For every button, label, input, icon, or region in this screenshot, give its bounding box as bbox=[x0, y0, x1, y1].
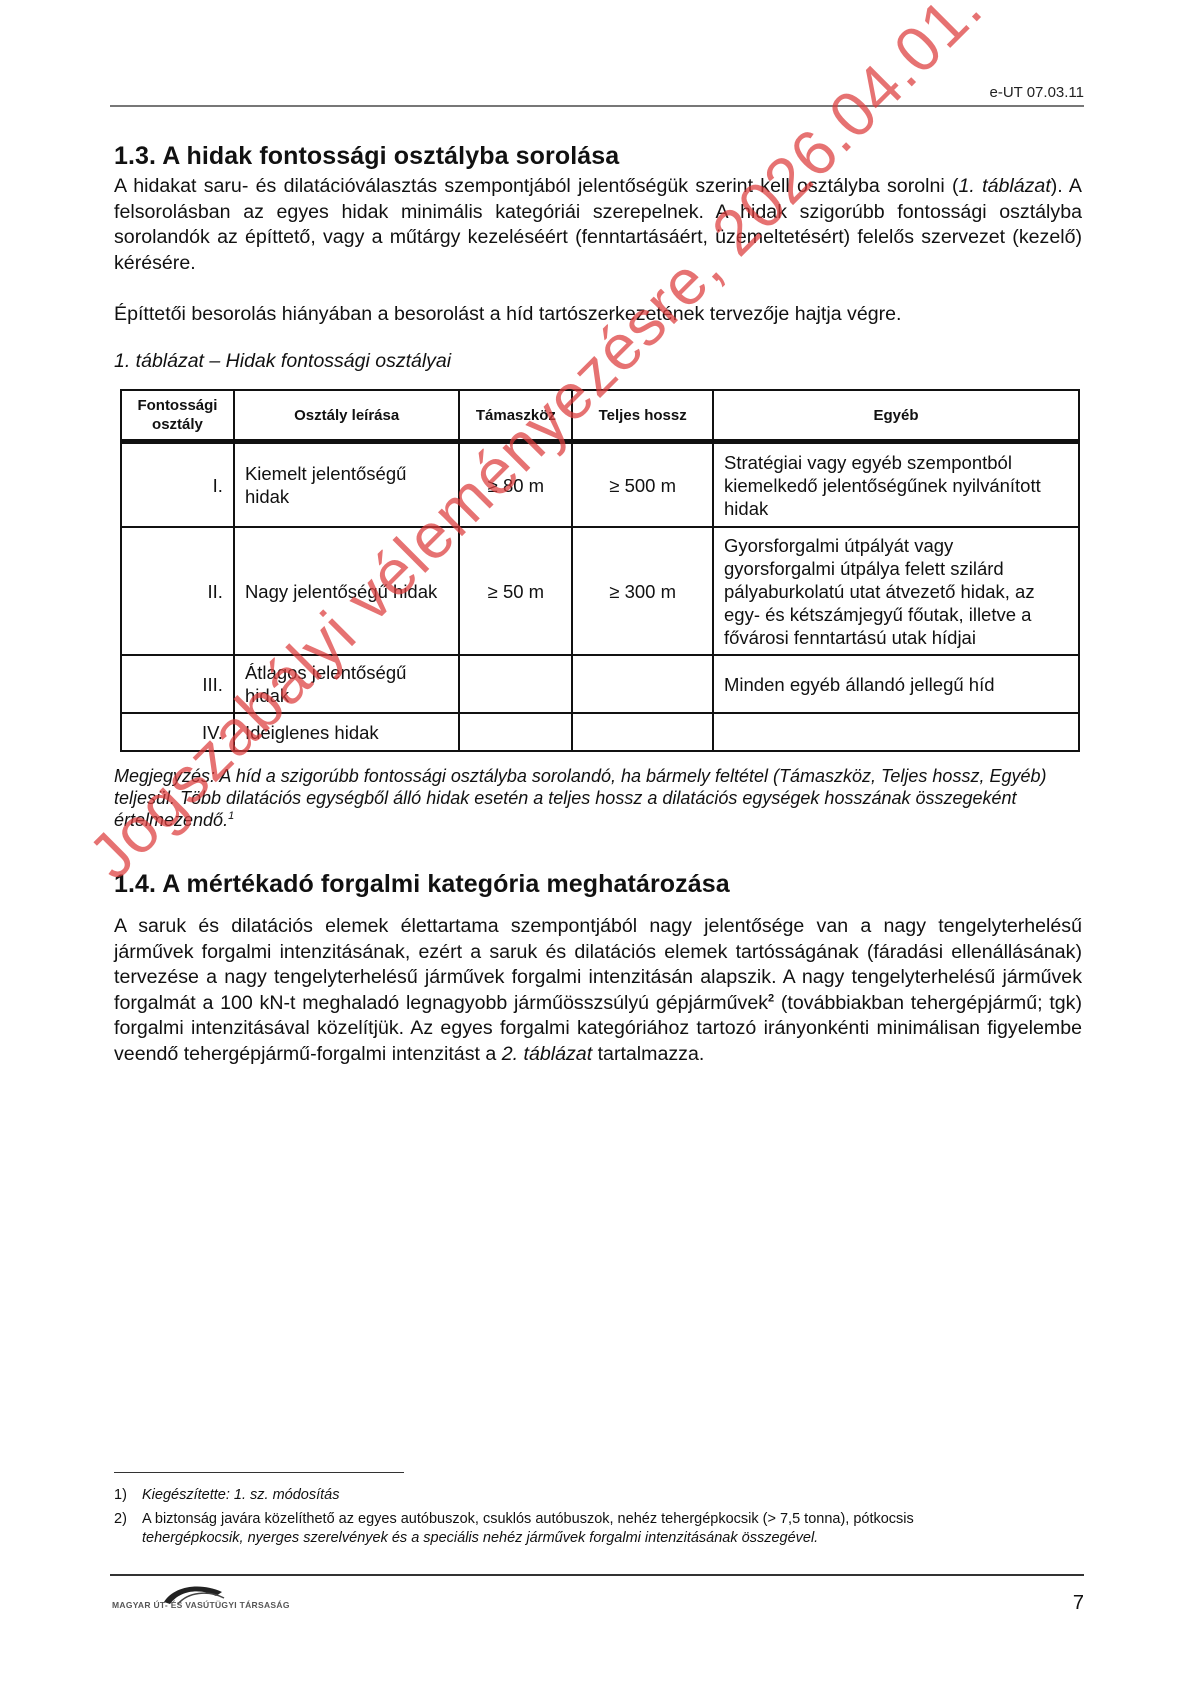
section-heading-1-4: 1.4. A mértékadó forgalmi kategória megh… bbox=[114, 870, 730, 899]
section-1-4-paragraph: A saruk és dilatációs elemek élettartama… bbox=[114, 914, 1082, 1067]
description-cell: Ideiglenes hidak bbox=[234, 713, 459, 751]
footnote: 1) Kiegészítette: 1. sz. módosítás bbox=[114, 1486, 1094, 1505]
length-cell: ≥ 300 m bbox=[572, 527, 713, 655]
length-cell bbox=[572, 713, 713, 751]
table-reference: 2. táblázat bbox=[502, 1043, 592, 1065]
table-note: Megjegyzés: A híd a szigorúbb fontossági… bbox=[114, 765, 1074, 831]
section-1-3-paragraph-1: A hidakat saru- és dilatációválasztás sz… bbox=[114, 174, 1082, 276]
description-cell: Kiemelt jelentőségű hidak bbox=[234, 442, 459, 528]
footnote-ref: 1 bbox=[228, 810, 234, 822]
other-cell bbox=[713, 713, 1079, 751]
table-row: II. Nagy jelentőségű hidak ≥ 50 m ≥ 300 … bbox=[121, 527, 1079, 655]
section-heading-1-3: 1.3. A hidak fontossági osztályba sorolá… bbox=[114, 142, 619, 171]
document-page: e-UT 07.03.11 1.3. A hidak fontossági os… bbox=[0, 0, 1191, 1684]
bridge-class-table: Fontossági osztály Osztály leírása Támas… bbox=[120, 389, 1080, 752]
footnotes: 1) Kiegészítette: 1. sz. módosítás 2) A … bbox=[114, 1486, 1094, 1553]
span-cell bbox=[459, 713, 572, 751]
footer-divider bbox=[110, 1574, 1084, 1576]
class-cell: IV. bbox=[121, 713, 234, 751]
document-code: e-UT 07.03.11 bbox=[989, 84, 1084, 101]
table-row: IV. Ideiglenes hidak bbox=[121, 713, 1079, 751]
page-number: 7 bbox=[1073, 1592, 1084, 1615]
column-header: Osztály leírása bbox=[234, 390, 459, 442]
table-reference: 1. táblázat bbox=[959, 175, 1051, 197]
footnote-divider bbox=[114, 1472, 404, 1473]
table-caption: 1. táblázat – Hidak fontossági osztályai bbox=[114, 350, 451, 373]
table-row: I. Kiemelt jelentőségű hidak ≥ 80 m ≥ 50… bbox=[121, 442, 1079, 528]
description-cell: Nagy jelentőségű hidak bbox=[234, 527, 459, 655]
table-header-row: Fontossági osztály Osztály leírása Támas… bbox=[121, 390, 1079, 442]
span-cell bbox=[459, 655, 572, 713]
length-cell: ≥ 500 m bbox=[572, 442, 713, 528]
column-header: Teljes hossz bbox=[572, 390, 713, 442]
table-row: III. Átlagos jelentőségű hidak Minden eg… bbox=[121, 655, 1079, 713]
other-cell: Minden egyéb állandó jellegű híd bbox=[713, 655, 1079, 713]
length-cell bbox=[572, 655, 713, 713]
class-cell: III. bbox=[121, 655, 234, 713]
column-header: Támaszköz bbox=[459, 390, 572, 442]
column-header: Fontossági osztály bbox=[121, 390, 234, 442]
header-divider bbox=[110, 105, 1084, 107]
section-1-3-paragraph-2: Építtetői besorolás hiányában a besorolá… bbox=[114, 302, 1082, 328]
class-cell: II. bbox=[121, 527, 234, 655]
other-cell: Gyorsforgalmi útpályát vagy gyorsforgalm… bbox=[713, 527, 1079, 655]
column-header: Egyéb bbox=[713, 390, 1079, 442]
span-cell: ≥ 80 m bbox=[459, 442, 572, 528]
other-cell: Stratégiai vagy egyéb szempontból kiemel… bbox=[713, 442, 1079, 528]
class-cell: I. bbox=[121, 442, 234, 528]
span-cell: ≥ 50 m bbox=[459, 527, 572, 655]
description-cell: Átlagos jelentőségű hidak bbox=[234, 655, 459, 713]
footnote: 2) A biztonság javára közelíthető az egy… bbox=[114, 1510, 1094, 1548]
society-logo: MAGYAR ÚT- ÉS VASÚTÜGYI TÁRSASÁG bbox=[112, 1582, 262, 1618]
